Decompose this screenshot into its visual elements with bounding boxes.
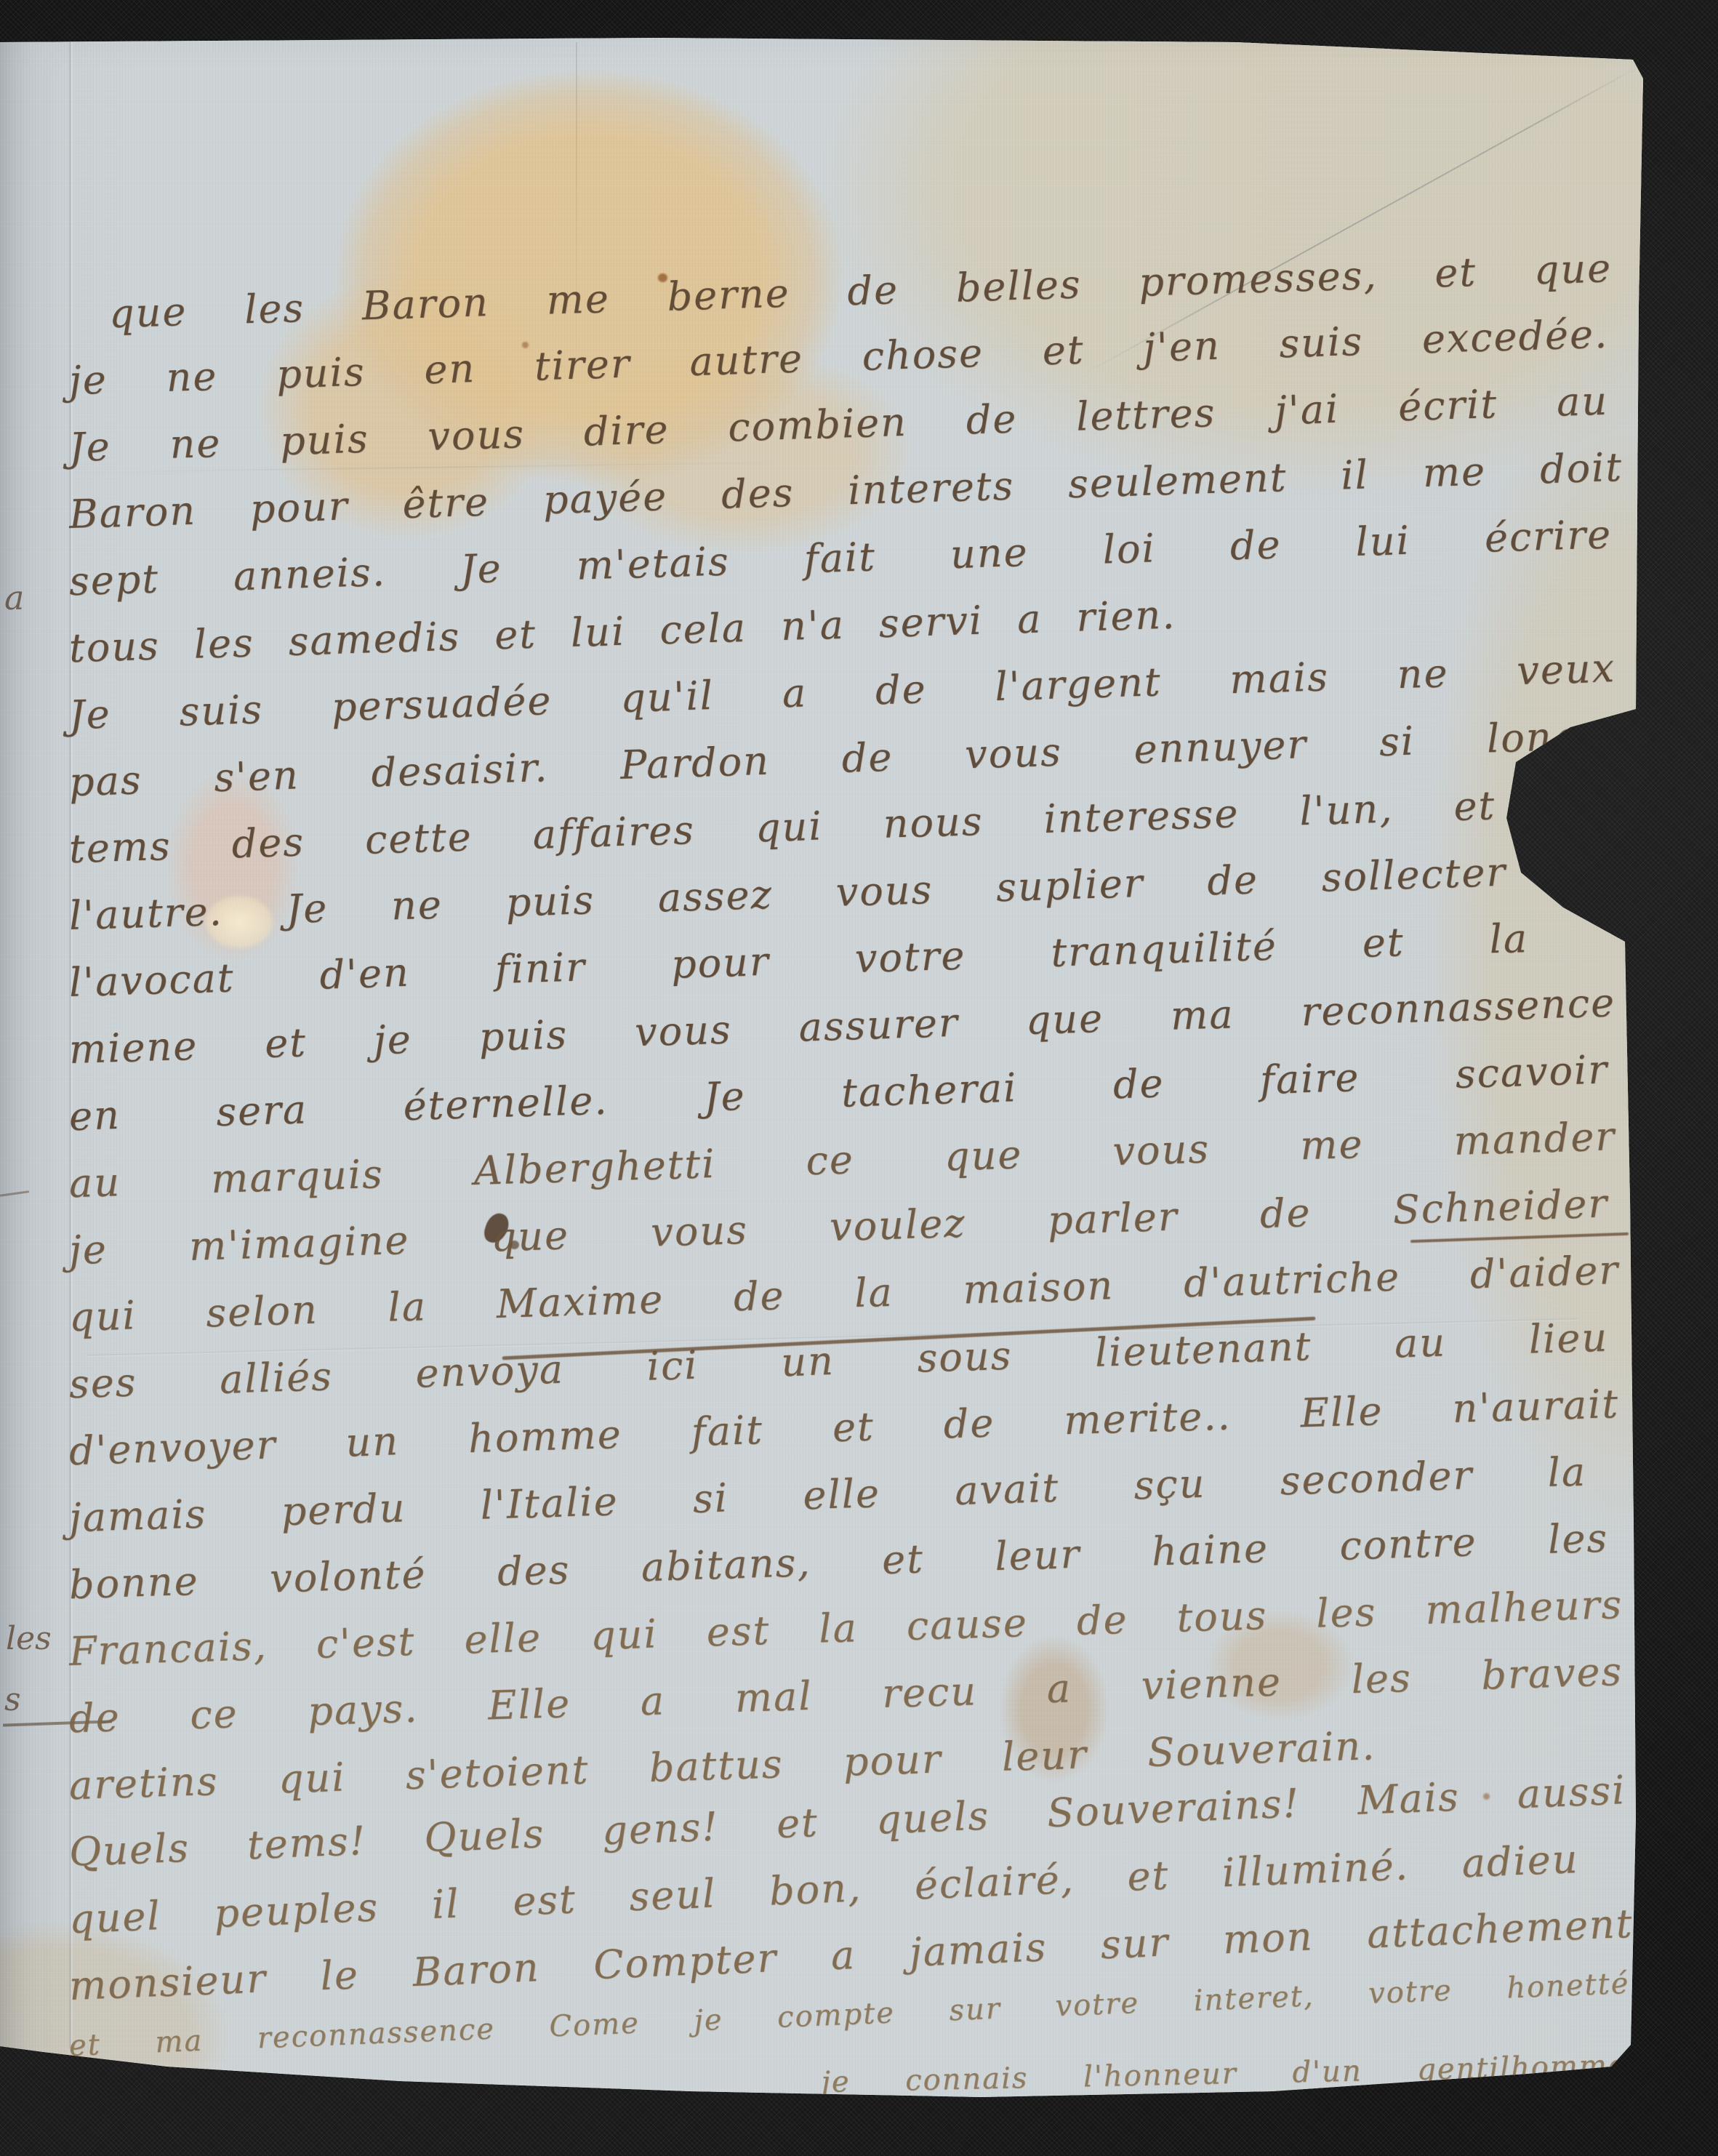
letter-line: l'autre. Je ne puis assez vous suplier d… bbox=[68, 849, 1507, 939]
letter-line: monsieur le Baron Compter a jamais sur m… bbox=[68, 1901, 1634, 2010]
letter-line: et ma reconnassence Come je compte sur v… bbox=[68, 1966, 1630, 2064]
letter-line: je ne puis en tirer autre chose et j'en … bbox=[68, 310, 1609, 404]
letter-line: Francais, c'est elle qui est la cause de… bbox=[68, 1582, 1623, 1675]
letter-line: quel peuples il est seul bon, éclairé, e… bbox=[68, 1836, 1580, 1943]
letter-line: pas s'en desaisir. Pardon de vous ennuye… bbox=[68, 713, 1580, 806]
letter-line: d'envoyer un homme fait et de merite.. E… bbox=[68, 1381, 1620, 1475]
crease-diagonal-top-right bbox=[1083, 65, 1640, 375]
letter-line: Je ne puis vous dire combien de lettres … bbox=[68, 377, 1609, 471]
letter-line: tous les samedis et lui cela n'a servi a… bbox=[68, 592, 1176, 672]
letter-line: Quels tems! Quels gens! et quels Souvera… bbox=[68, 1767, 1627, 1876]
letter-line: je m'imagine que vous voulez parler de S… bbox=[68, 1180, 1609, 1274]
margin-fragment-underline bbox=[3, 1720, 112, 1726]
underline-stroke-schneider bbox=[1410, 1233, 1629, 1243]
letter-line: Je suis persuadée qu'il a de l'argent ma… bbox=[68, 645, 1616, 739]
crease-vertical-upper bbox=[576, 42, 577, 362]
dot-stain bbox=[1483, 1793, 1490, 1800]
letter-line: miene et je puis vous assurer que ma rec… bbox=[68, 979, 1616, 1073]
letter-line: que les Baron me berne de belles promess… bbox=[108, 245, 1613, 337]
letter-paper: a les s que les Baron me berne de belles… bbox=[0, 0, 1718, 2156]
letter-line: bonne volonté des abitans, et leur haine… bbox=[68, 1515, 1609, 1608]
letter-line: en sera éternelle. Je tacherai de faire … bbox=[68, 1046, 1609, 1140]
crease-horizontal-upper bbox=[58, 462, 785, 473]
fold-crease-left bbox=[68, 41, 73, 2048]
letter-line: aretins qui s'etoient battus pour leur S… bbox=[68, 1723, 1376, 1809]
ink-blot bbox=[481, 1210, 512, 1246]
margin-fragment: a bbox=[4, 578, 24, 617]
margin-fragment: les bbox=[6, 1620, 52, 1657]
crease-horizontal-middle bbox=[87, 1318, 1577, 1357]
letter-line: jamais perdu l'Italie si elle avait sçu … bbox=[68, 1448, 1587, 1542]
dot-stain bbox=[658, 273, 667, 282]
letter-line: de ce pays. Elle a mal recu a vienne les… bbox=[68, 1648, 1623, 1742]
letter-line: l'avocat d'en finir pour votre tranquili… bbox=[68, 915, 1529, 1006]
letter-line: ses alliés envoya ici un sous lieutenant… bbox=[68, 1314, 1609, 1408]
ink-blot-satellite bbox=[510, 1241, 519, 1249]
margin-fragment: s bbox=[4, 1681, 21, 1718]
letter-line: qui selon la Maxime de la maison d'autri… bbox=[68, 1247, 1620, 1341]
stain-cream-blob bbox=[206, 896, 273, 948]
dot-stain bbox=[522, 342, 529, 348]
letter-line: au marquis Alberghetti ce que vous me ma… bbox=[68, 1113, 1616, 1207]
margin-fragment-mark bbox=[0, 1190, 29, 1197]
underline-stroke-maison-autriche bbox=[502, 1317, 1316, 1360]
letter-line: sept anneis. Je m'etais fait une loi de … bbox=[68, 511, 1613, 605]
letter-line: tems des cette affaires qui nous interes… bbox=[68, 782, 1496, 873]
letter-line: Baron pour être payée des interets seule… bbox=[68, 444, 1623, 538]
